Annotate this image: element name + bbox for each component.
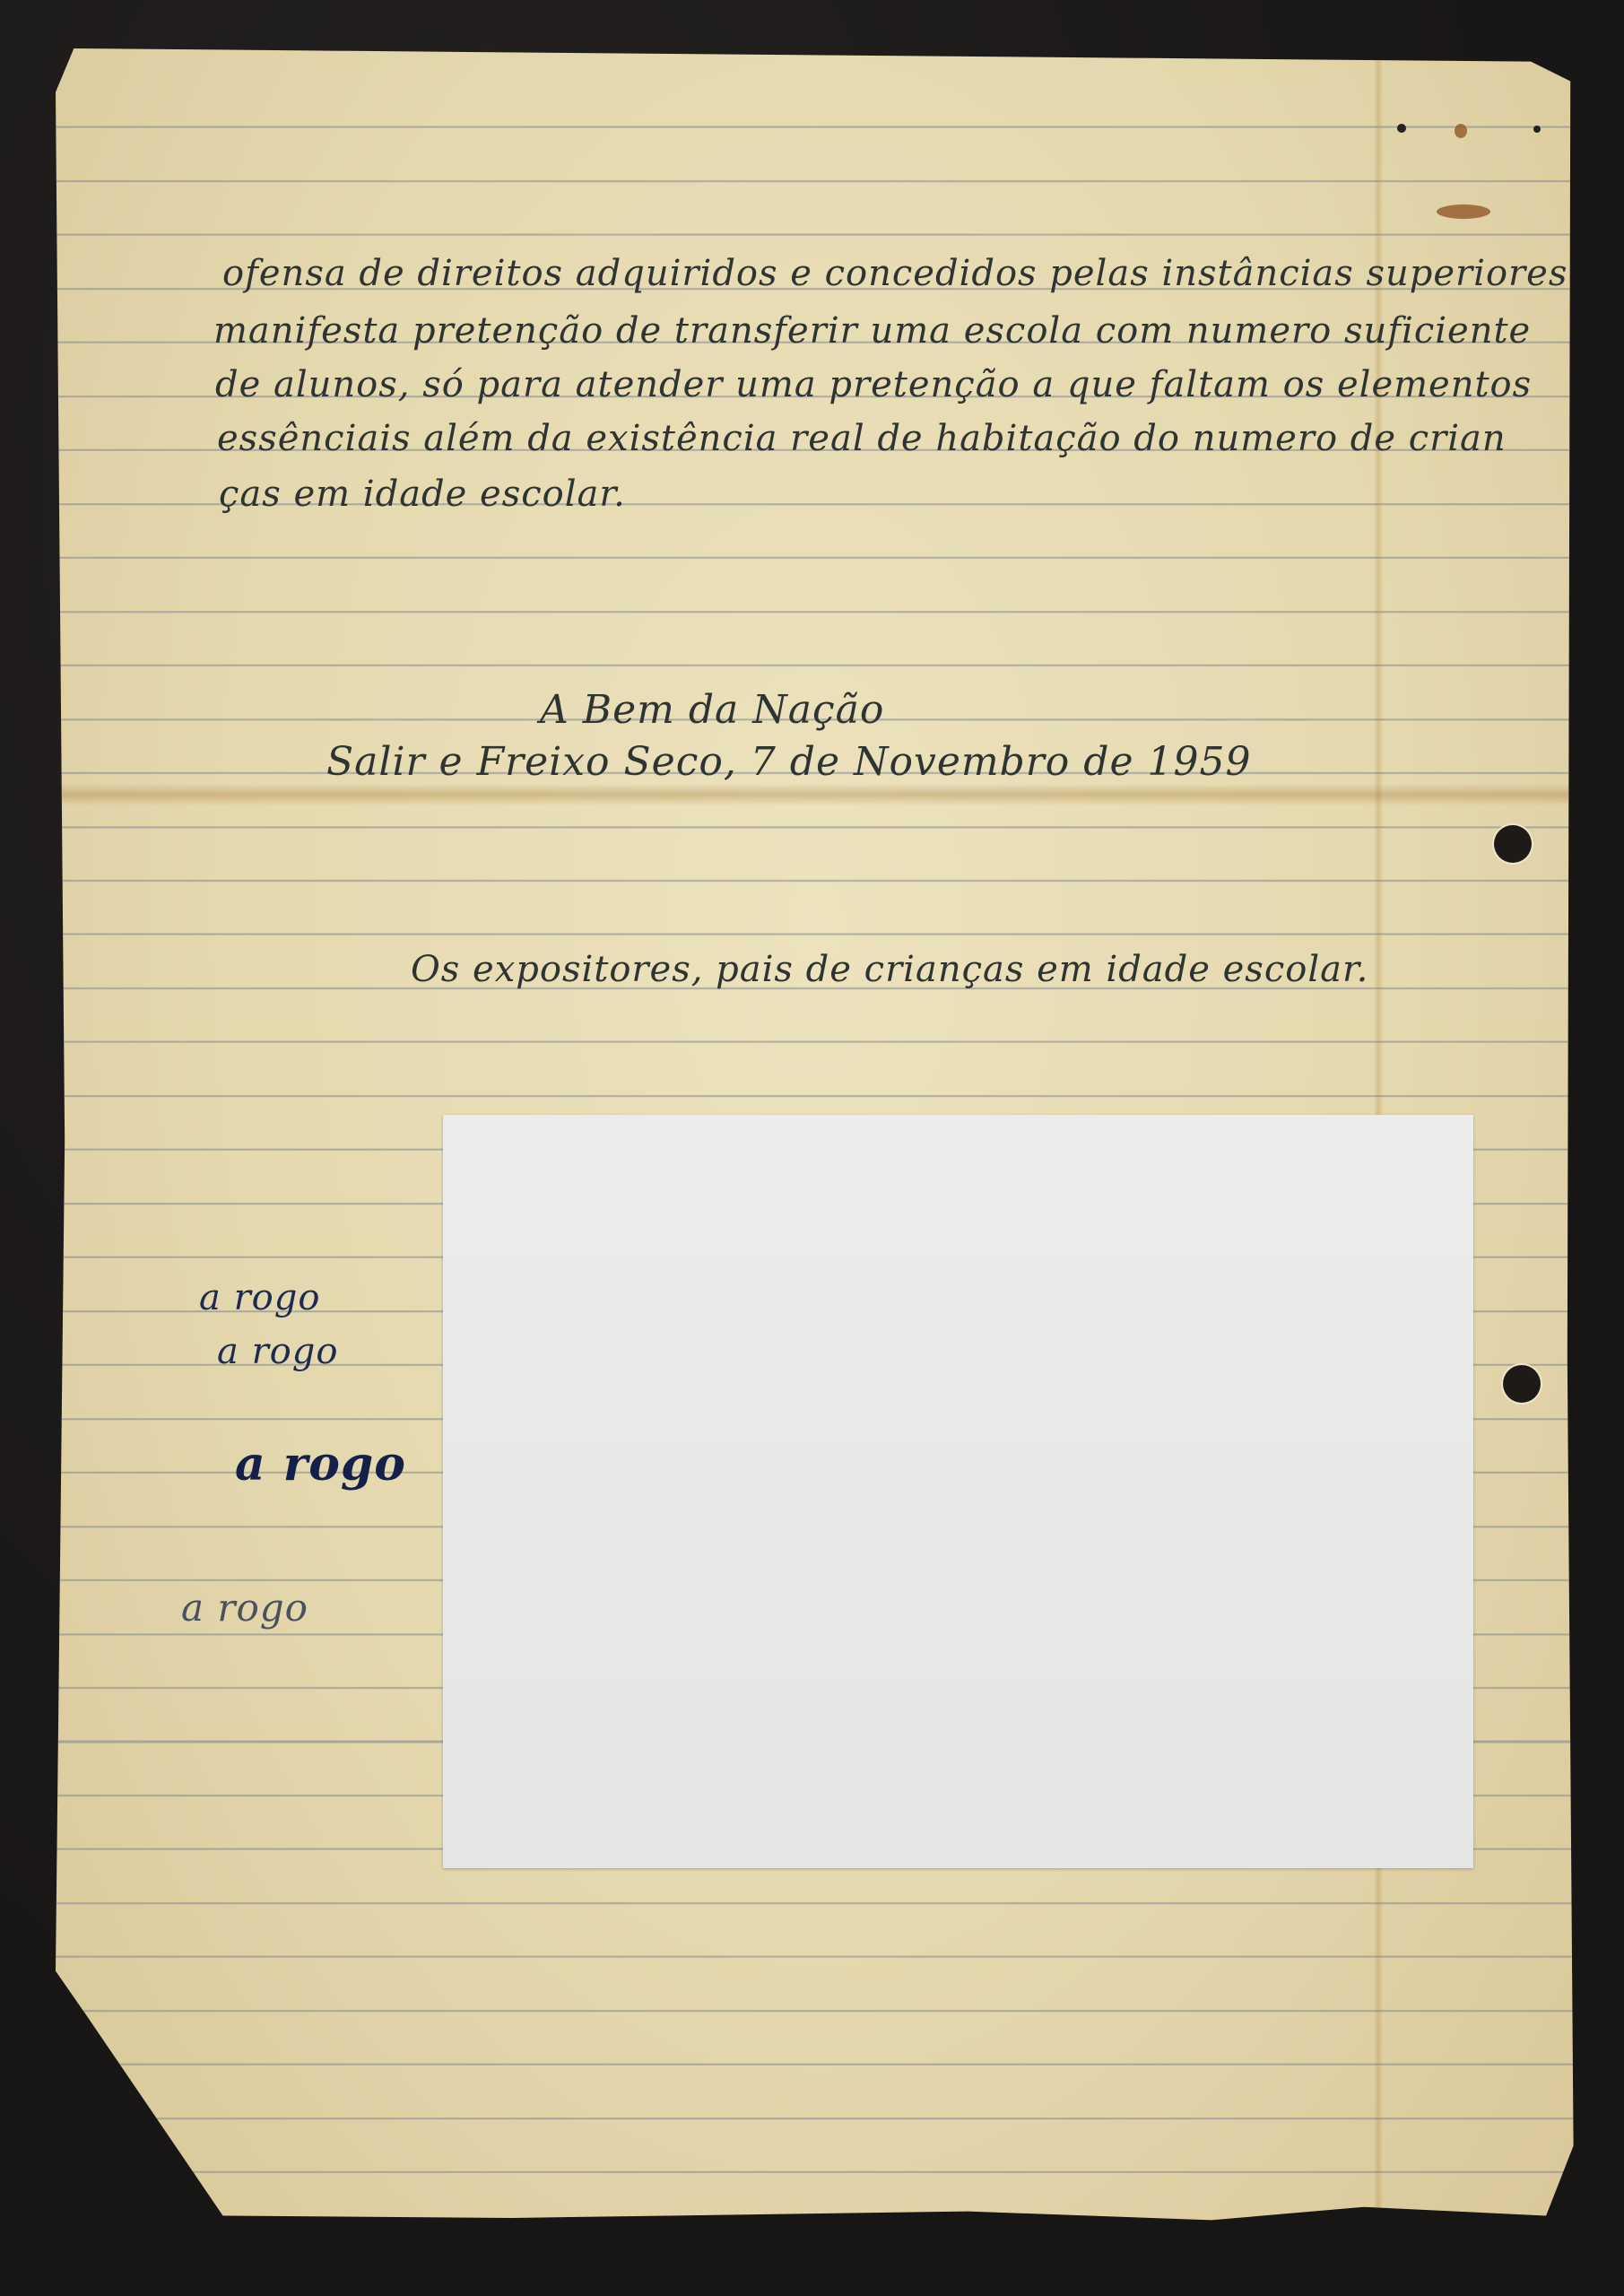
signature-a-rogo-3: a rogo [235, 1437, 406, 1492]
body-line-4: essênciais além da existência real de ha… [217, 418, 1507, 459]
signature-a-rogo-4: a rogo [181, 1586, 308, 1630]
ink-stain [1533, 126, 1541, 133]
signature-a-rogo-1: a rogo [199, 1277, 320, 1318]
closing-salutation: A Bem da Nação [540, 687, 884, 733]
punch-hole-upper [1494, 825, 1532, 863]
ink-stain [1397, 124, 1406, 133]
punch-hole-lower [1503, 1365, 1541, 1403]
closing-place-date: Salir e Freixo Seco, 7 de Novembro de 19… [326, 739, 1251, 785]
horizontal-fold-crease [56, 784, 1576, 805]
signature-a-rogo-2: a rogo [217, 1331, 338, 1372]
body-line-2: manifesta pretenção de transferir uma es… [213, 310, 1531, 352]
ink-stain [1455, 124, 1467, 138]
ink-stain [1437, 204, 1490, 219]
redaction-patch [443, 1115, 1473, 1868]
body-line-1: ofensa de direitos adquiridos e concedid… [222, 253, 1602, 294]
body-line-3: de alunos, só para atender uma pretenção… [215, 364, 1532, 405]
signatories-heading: Os expositores, pais de crianças em idad… [411, 949, 1368, 990]
body-line-5: ças em idade escolar. [219, 474, 626, 515]
